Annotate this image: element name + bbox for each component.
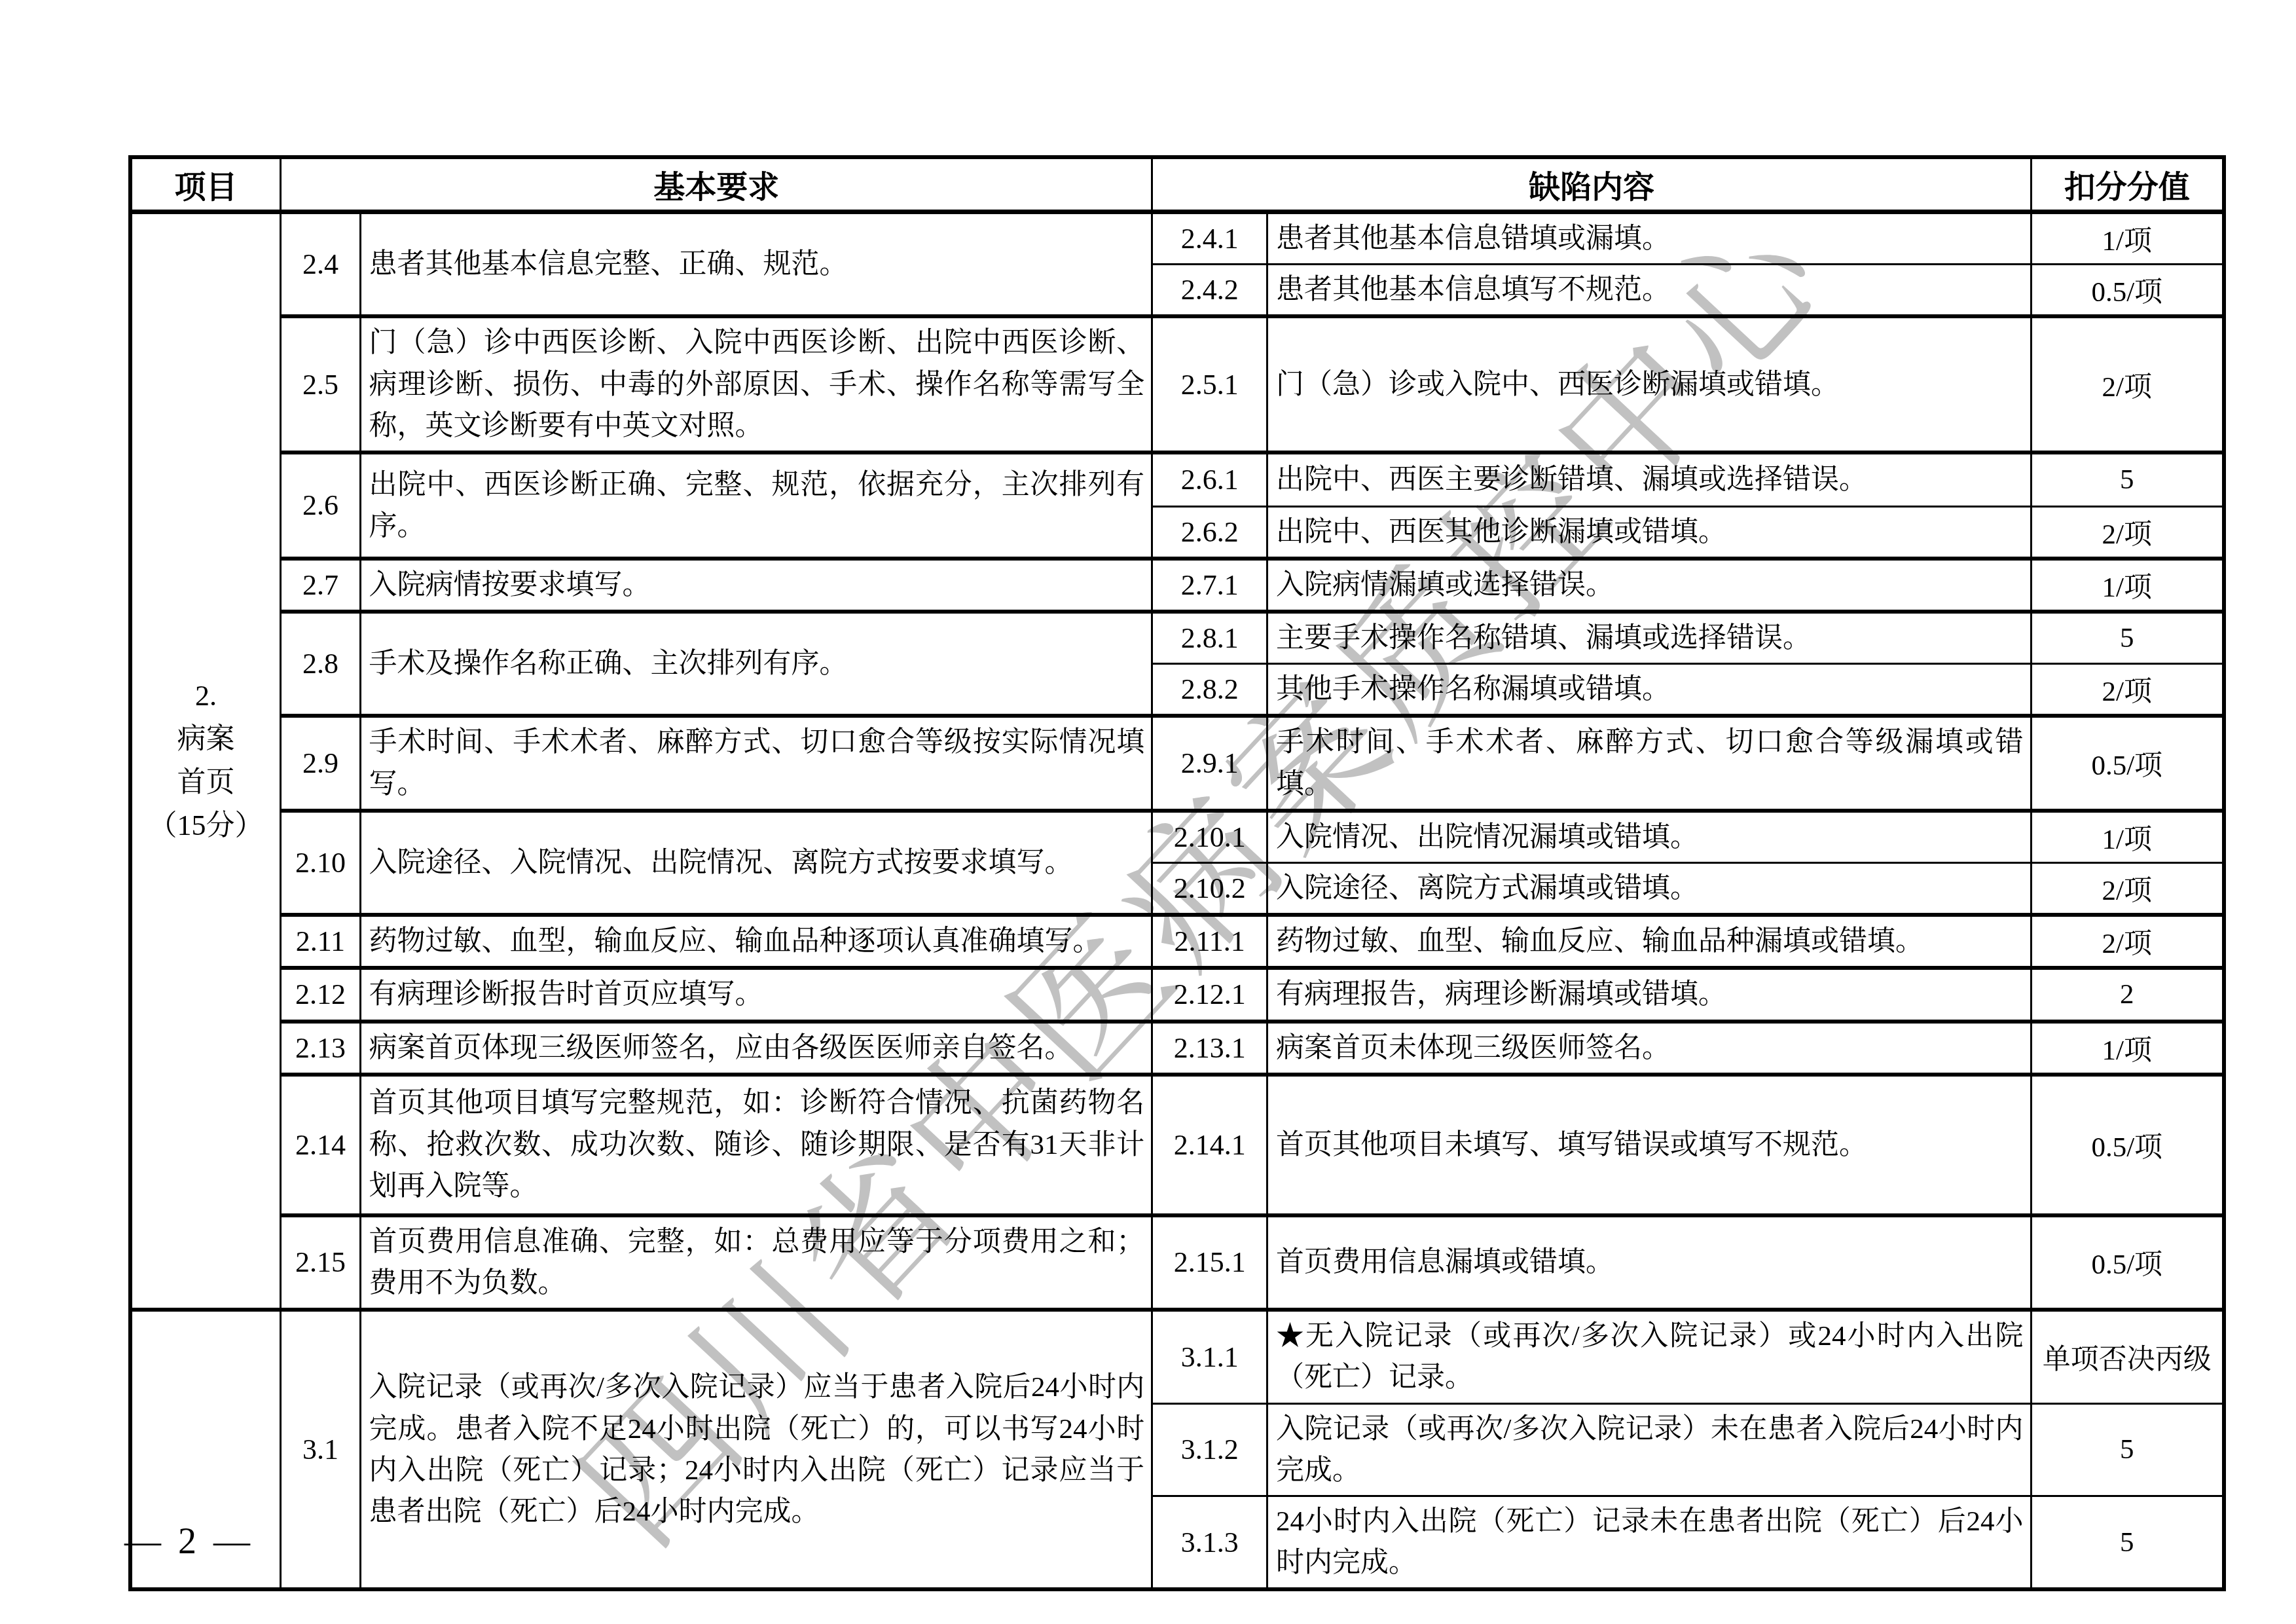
score-cell: 5 bbox=[2031, 612, 2224, 664]
req-no-cell: 2.13 bbox=[281, 1022, 360, 1075]
req-text-cell: 手术及操作名称正确、主次排列有序。 bbox=[360, 612, 1152, 716]
score-cell: 2/项 bbox=[2031, 316, 2224, 452]
section-item-line: （15分） bbox=[135, 804, 277, 847]
section-item-line: 病案 bbox=[135, 718, 277, 761]
req-text-cell: 手术时间、手术术者、麻醉方式、切口愈合等级按实际情况填写。 bbox=[360, 716, 1152, 810]
score-cell: 2/项 bbox=[2031, 664, 2224, 716]
defect-no-cell: 2.8.1 bbox=[1152, 612, 1267, 664]
score-cell: 0.5/项 bbox=[2031, 1215, 2224, 1310]
req-no-cell: 2.4 bbox=[281, 212, 360, 317]
defect-text-cell: 手术时间、手术术者、麻醉方式、切口愈合等级漏填或错填。 bbox=[1267, 716, 2031, 810]
table-row: 2.13 病案首页体现三级医师签名，应由各级医医师亲自签名。 2.13.1 病案… bbox=[130, 1022, 2224, 1075]
table-row: 2.12 有病理诊断报告时首页应填写。 2.12.1 有病理报告，病理诊断漏填或… bbox=[130, 968, 2224, 1021]
section-item-line: 首页 bbox=[135, 761, 277, 804]
defect-no-cell: 2.4.1 bbox=[1152, 212, 1267, 265]
score-cell: 1/项 bbox=[2031, 1022, 2224, 1075]
req-text-cell: 药物过敏、血型，输血反应、输血品种逐项认真准确填写。 bbox=[360, 915, 1152, 968]
defect-no-cell: 2.4.2 bbox=[1152, 265, 1267, 317]
page-number: — 2 — bbox=[124, 1521, 254, 1562]
defect-no-cell: 2.10.2 bbox=[1152, 862, 1267, 915]
defect-no-cell: 2.9.1 bbox=[1152, 716, 1267, 810]
req-text-cell: 入院记录（或再次/多次入院记录）应当于患者入院后24小时内完成。患者入院不足24… bbox=[360, 1310, 1152, 1589]
defect-no-cell: 2.8.2 bbox=[1152, 664, 1267, 716]
req-no-cell: 2.6 bbox=[281, 452, 360, 559]
req-no-cell: 2.12 bbox=[281, 968, 360, 1021]
score-cell: 2 bbox=[2031, 968, 2224, 1021]
defect-no-cell: 3.1.3 bbox=[1152, 1496, 1267, 1589]
req-no-cell: 2.9 bbox=[281, 716, 360, 810]
req-no-cell: 2.11 bbox=[281, 915, 360, 968]
defect-text-cell: 入院情况、出院情况漏填或错填。 bbox=[1267, 811, 2031, 863]
score-cell: 5 bbox=[2031, 1496, 2224, 1589]
defect-no-cell: 3.1.2 bbox=[1152, 1403, 1267, 1496]
table-row: 2.7 入院病情按要求填写。 2.7.1 入院病情漏填或选择错误。 1/项 bbox=[130, 559, 2224, 612]
header-row: 项目 基本要求 缺陷内容 扣分分值 bbox=[130, 157, 2224, 212]
defect-no-cell: 2.5.1 bbox=[1152, 316, 1267, 452]
header-requirement: 基本要求 bbox=[281, 157, 1152, 212]
table-row: 2. 病案 首页 （15分） 2.4 患者其他基本信息完整、正确、规范。 2.4… bbox=[130, 212, 2224, 265]
defect-text-cell: 病案首页未体现三级医师签名。 bbox=[1267, 1022, 2031, 1075]
defect-text-cell: 门（急）诊或入院中、西医诊断漏填或错填。 bbox=[1267, 316, 2031, 452]
score-cell: 1/项 bbox=[2031, 559, 2224, 612]
table-row: 2.11 药物过敏、血型，输血反应、输血品种逐项认真准确填写。 2.11.1 药… bbox=[130, 915, 2224, 968]
req-text-cell: 首页费用信息准确、完整，如：总费用应等于分项费用之和；费用不为负数。 bbox=[360, 1215, 1152, 1310]
defect-no-cell: 2.11.1 bbox=[1152, 915, 1267, 968]
req-text-cell: 有病理诊断报告时首页应填写。 bbox=[360, 968, 1152, 1021]
defect-no-cell: 2.10.1 bbox=[1152, 811, 1267, 863]
req-text-cell: 入院途径、入院情况、出院情况、离院方式按要求填写。 bbox=[360, 811, 1152, 915]
table-row: 2.15 首页费用信息准确、完整，如：总费用应等于分项费用之和；费用不为负数。 … bbox=[130, 1215, 2224, 1310]
defect-text-cell: 其他手术操作名称漏填或错填。 bbox=[1267, 664, 2031, 716]
score-cell: 0.5/项 bbox=[2031, 716, 2224, 810]
table-row: 2.5 门（急）诊中西医诊断、入院中西医诊断、出院中西医诊断、病理诊断、损伤、中… bbox=[130, 316, 2224, 452]
req-text-cell: 病案首页体现三级医师签名，应由各级医医师亲自签名。 bbox=[360, 1022, 1152, 1075]
defect-no-cell: 2.15.1 bbox=[1152, 1215, 1267, 1310]
score-table: 项目 基本要求 缺陷内容 扣分分值 2. 病案 首页 （15分） 2.4 患者其… bbox=[128, 155, 2226, 1591]
defect-text-cell: 主要手术操作名称错填、漏填或选择错误。 bbox=[1267, 612, 2031, 664]
req-text-cell: 门（急）诊中西医诊断、入院中西医诊断、出院中西医诊断、病理诊断、损伤、中毒的外部… bbox=[360, 316, 1152, 452]
table-row: 2.8 手术及操作名称正确、主次排列有序。 2.8.1 主要手术操作名称错填、漏… bbox=[130, 612, 2224, 664]
req-no-cell: 2.5 bbox=[281, 316, 360, 452]
defect-text-cell: 出院中、西医其他诊断漏填或错填。 bbox=[1267, 506, 2031, 559]
table-row: 2.14 首页其他项目填写完整规范，如：诊断符合情况、抗菌药物名称、抢救次数、成… bbox=[130, 1075, 2224, 1215]
defect-no-cell: 2.12.1 bbox=[1152, 968, 1267, 1021]
table-row: 2.10 入院途径、入院情况、出院情况、离院方式按要求填写。 2.10.1 入院… bbox=[130, 811, 2224, 863]
defect-text-cell: 出院中、西医主要诊断错填、漏填或选择错误。 bbox=[1267, 452, 2031, 506]
header-defect: 缺陷内容 bbox=[1152, 157, 2031, 212]
defect-text-cell: 入院记录（或再次/多次入院记录）未在患者入院后24小时内完成。 bbox=[1267, 1403, 2031, 1496]
header-deduction: 扣分分值 bbox=[2031, 157, 2224, 212]
score-cell: 单项否决丙级 bbox=[2031, 1310, 2224, 1403]
defect-text-cell: 首页其他项目未填写、填写错误或填写不规范。 bbox=[1267, 1075, 2031, 1215]
req-no-cell: 2.7 bbox=[281, 559, 360, 612]
defect-text-cell: 24小时内入出院（死亡）记录未在患者出院（死亡）后24小时内完成。 bbox=[1267, 1496, 2031, 1589]
document-page: 四川省中医病案质控中心 项目 基本要求 缺陷内容 扣分分值 2. 病案 首页 （… bbox=[0, 0, 2296, 1624]
defect-text-cell: 入院途径、离院方式漏填或错填。 bbox=[1267, 862, 2031, 915]
defect-no-cell: 2.14.1 bbox=[1152, 1075, 1267, 1215]
table-row: 3.1 入院记录（或再次/多次入院记录）应当于患者入院后24小时内完成。患者入院… bbox=[130, 1310, 2224, 1403]
req-no-cell: 2.14 bbox=[281, 1075, 360, 1215]
defect-text-cell: ★无入院记录（或再次/多次入院记录）或24小时内入出院（死亡）记录。 bbox=[1267, 1310, 2031, 1403]
req-no-cell: 3.1 bbox=[281, 1310, 360, 1589]
defect-no-cell: 3.1.1 bbox=[1152, 1310, 1267, 1403]
score-cell: 5 bbox=[2031, 452, 2224, 506]
req-text-cell: 出院中、西医诊断正确、完整、规范，依据充分，主次排列有序。 bbox=[360, 452, 1152, 559]
score-cell: 2/项 bbox=[2031, 862, 2224, 915]
score-cell: 1/项 bbox=[2031, 212, 2224, 265]
section-item-line: 2. bbox=[135, 674, 277, 718]
score-cell: 0.5/项 bbox=[2031, 265, 2224, 317]
score-cell: 0.5/项 bbox=[2031, 1075, 2224, 1215]
req-no-cell: 2.8 bbox=[281, 612, 360, 716]
defect-no-cell: 2.7.1 bbox=[1152, 559, 1267, 612]
req-no-cell: 2.10 bbox=[281, 811, 360, 915]
score-cell: 1/项 bbox=[2031, 811, 2224, 863]
defect-no-cell: 2.6.1 bbox=[1152, 452, 1267, 506]
defect-text-cell: 入院病情漏填或选择错误。 bbox=[1267, 559, 2031, 612]
score-cell: 2/项 bbox=[2031, 915, 2224, 968]
section-item-cell: 2. 病案 首页 （15分） bbox=[130, 212, 281, 1310]
req-text-cell: 入院病情按要求填写。 bbox=[360, 559, 1152, 612]
table-row: 2.9 手术时间、手术术者、麻醉方式、切口愈合等级按实际情况填写。 2.9.1 … bbox=[130, 716, 2224, 810]
req-text-cell: 患者其他基本信息完整、正确、规范。 bbox=[360, 212, 1152, 317]
score-cell: 2/项 bbox=[2031, 506, 2224, 559]
header-item: 项目 bbox=[130, 157, 281, 212]
defect-text-cell: 患者其他基本信息错填或漏填。 bbox=[1267, 212, 2031, 265]
score-cell: 5 bbox=[2031, 1403, 2224, 1496]
req-no-cell: 2.15 bbox=[281, 1215, 360, 1310]
defect-no-cell: 2.6.2 bbox=[1152, 506, 1267, 559]
table-row: 2.6 出院中、西医诊断正确、完整、规范，依据充分，主次排列有序。 2.6.1 … bbox=[130, 452, 2224, 506]
defect-text-cell: 患者其他基本信息填写不规范。 bbox=[1267, 265, 2031, 317]
defect-no-cell: 2.13.1 bbox=[1152, 1022, 1267, 1075]
defect-text-cell: 首页费用信息漏填或错填。 bbox=[1267, 1215, 2031, 1310]
req-text-cell: 首页其他项目填写完整规范，如：诊断符合情况、抗菌药物名称、抢救次数、成功次数、随… bbox=[360, 1075, 1152, 1215]
defect-text-cell: 有病理报告，病理诊断漏填或错填。 bbox=[1267, 968, 2031, 1021]
defect-text-cell: 药物过敏、血型、输血反应、输血品种漏填或错填。 bbox=[1267, 915, 2031, 968]
